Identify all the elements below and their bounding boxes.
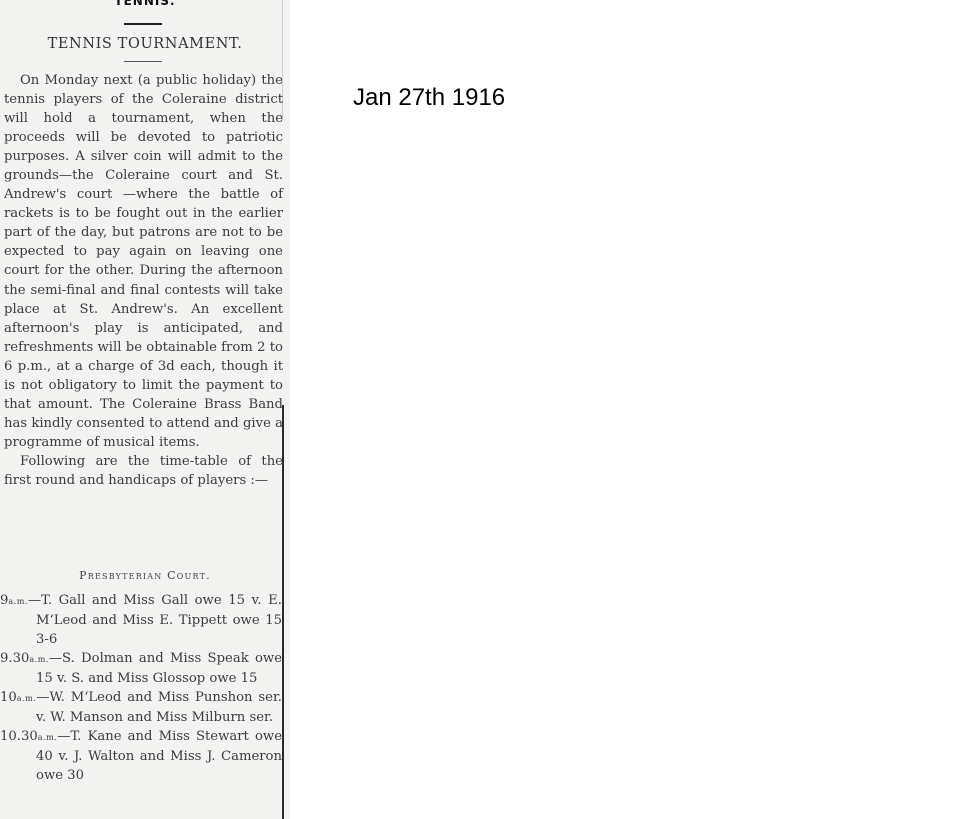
headline-rule [124, 61, 162, 62]
newspaper-clipping: TENNIS. TENNIS TOURNAMENT. On Monday nex… [0, 0, 290, 819]
entry-text: —S. Dolman and Miss Speak owe 15 v. S. a… [36, 651, 282, 686]
entry-time: 10 [0, 690, 17, 705]
timetable-entry: 9.30a.m.—S. Dolman and Miss Speak owe 15… [0, 649, 282, 688]
article-body: On Monday next (a public holiday) the te… [4, 71, 283, 490]
article-headline: TENNIS TOURNAMENT. [0, 36, 290, 52]
entry-text: —T. Kane and Miss Stewart owe 40 v. J. W… [36, 729, 282, 783]
timetable-entry: 10.30a.m.—T. Kane and Miss Stewart owe 4… [0, 727, 282, 785]
entry-ampm: a.m. [29, 655, 48, 664]
timetable-entry: 9a.m.—T. Gall and Miss Gall owe 15 v. E.… [0, 591, 282, 649]
entry-ampm: a.m. [17, 694, 36, 703]
entry-time: 9.30 [0, 651, 29, 666]
entry-ampm: a.m. [38, 733, 57, 742]
heading-rule [124, 23, 162, 25]
court-heading: Presbyterian Court. [0, 569, 290, 582]
timetable-entry: 10a.m.—W. M‘Leod and Miss Punshon ser. v… [0, 688, 282, 727]
date-caption: Jan 27th 1916 [353, 84, 505, 112]
article-paragraph: On Monday next (a public holiday) the te… [4, 71, 283, 452]
entry-text: —W. M‘Leod and Miss Punshon ser. v. W. M… [36, 690, 282, 725]
entry-ampm: a.m. [8, 597, 27, 606]
timetable: 9a.m.—T. Gall and Miss Gall owe 15 v. E.… [0, 591, 282, 785]
section-heading: TENNIS. [0, 0, 290, 8]
article-paragraph: Following are the time-table of the firs… [4, 452, 283, 490]
entry-text: —T. Gall and Miss Gall owe 15 v. E. M‘Le… [28, 593, 282, 647]
entry-time: 10.30 [0, 729, 38, 744]
